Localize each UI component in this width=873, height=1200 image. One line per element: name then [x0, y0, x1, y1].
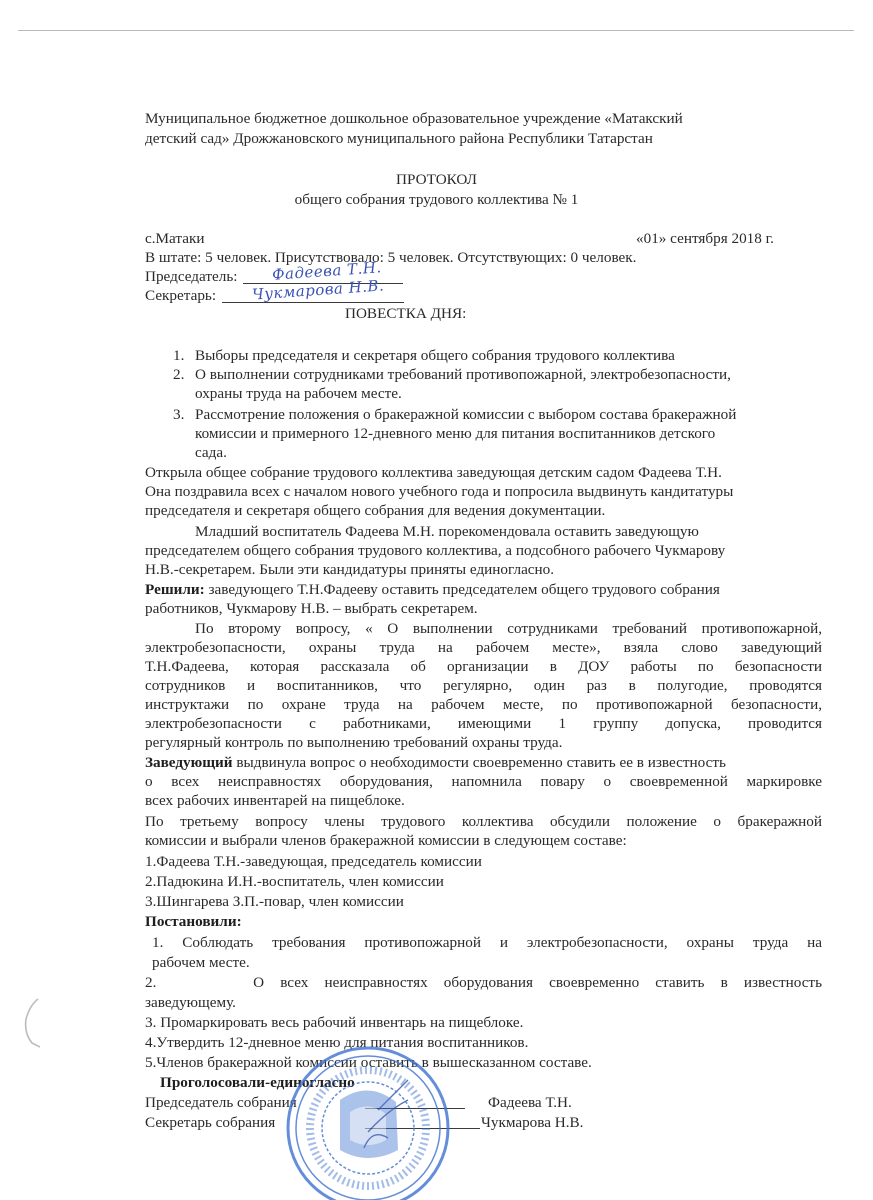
page-edge-line: [18, 30, 854, 31]
paragraph-nomination: Младший воспитатель Фадеева М.Н. пореком…: [195, 522, 699, 541]
agenda-item-2: О выполнении сотрудниками требований про…: [195, 365, 731, 384]
paragraph-opening-cont: председателя и секретаря общего собрания…: [145, 501, 605, 520]
date: «01» сентября 2018 г.: [636, 229, 774, 248]
paragraph-second-question-cont: Т.Н.Фадеева, которая рассказала об орган…: [145, 657, 822, 676]
secretary-handwritten-signature: Чукмарова Н.В.: [252, 276, 385, 303]
resolution-1: 1. Соблюдать требования противопожарной …: [152, 933, 822, 952]
paragraph-second-question-cont: сотрудников и воспитанников, что регуляр…: [145, 676, 822, 695]
agenda-item-num: 2.: [173, 365, 184, 384]
org-name-line1: Муниципальное бюджетное дошкольное образ…: [145, 109, 683, 128]
commission-member: 1.Фадеева Т.Н.-заведующая, председатель …: [145, 852, 482, 871]
head-label: Заведующий: [145, 754, 233, 771]
agenda-item-2-cont: охраны труда на рабочем месте.: [195, 384, 402, 403]
resolutions-heading: Постановили:: [145, 912, 242, 931]
paragraph-head-request-cont: о всех неисправностях оборудования, напо…: [145, 772, 822, 791]
paragraph-second-question-cont: электробезопасности, охраны труда на раб…: [145, 638, 822, 657]
place: с.Матаки: [145, 229, 204, 248]
paragraph-nomination-cont: Н.В.-секретарем. Были эти кандидатуры пр…: [145, 560, 554, 579]
chair-name: Фадеева Т.Н.: [488, 1093, 572, 1112]
attendance: В штате: 5 человек. Присутствовало: 5 че…: [145, 248, 636, 267]
agenda-heading: ПОВЕСТКА ДНЯ:: [345, 304, 466, 323]
paragraph-opening: Открыла общее собрание трудового коллект…: [145, 463, 722, 482]
paragraph-nomination-cont: председателем общего собрания трудового …: [145, 541, 725, 560]
paragraph-second-question-cont: инструктажи по охране труда на рабочем м…: [145, 695, 822, 714]
paragraph-third-question: По третьему вопросу члены трудового колл…: [145, 812, 822, 831]
paragraph-second-question-cont: электробезопасности с работниками, имеющ…: [145, 714, 822, 733]
resolution-1-cont: рабочем месте.: [152, 953, 250, 972]
org-name-line2: детский сад» Дрожжановского муниципально…: [145, 129, 653, 148]
paragraph-opening-cont: Она поздравила всех с началом нового уче…: [145, 482, 733, 501]
secretary-label: Секретарь:: [145, 286, 216, 305]
resolution-2: 2. О всех неисправностях оборудования св…: [145, 973, 822, 992]
doc-subtitle: общего собрания трудового коллектива № 1: [0, 190, 873, 209]
agenda-item-1: Выборы председателя и секретаря общего с…: [195, 346, 675, 365]
paragraph-second-question: По второму вопросу, « О выполнении сотру…: [195, 619, 822, 638]
agenda-item-num: 1.: [173, 346, 184, 365]
paragraph-head-request-cont: всех рабочих инвентарей на пищеблоке.: [145, 791, 405, 810]
decided-label: Решили:: [145, 581, 205, 598]
chair-label: Председатель:: [145, 267, 237, 286]
agenda-item-3-cont: сада.: [195, 443, 227, 462]
official-stamp-icon: [268, 1040, 464, 1200]
paragraph-head-request: Заведующий выдвинула вопрос о необходимо…: [145, 753, 726, 772]
commission-member: 2.Падюкина И.Н.-воспитатель, член комисс…: [145, 872, 444, 891]
paragraph-second-question-cont: регулярный контроль по выполнению требов…: [145, 733, 562, 752]
decision-line: Решили: заведующего Т.Н.Фадееву оставить…: [145, 580, 720, 599]
resolution-3: 3. Промаркировать весь рабочий инвентарь…: [145, 1013, 523, 1032]
agenda-item-3-cont: комиссии и примерного 12-дневного меню д…: [195, 424, 715, 443]
commission-member: 3.Шингарева З.П.-повар, член комиссии: [145, 892, 404, 911]
secretary-name: Чукмарова Н.В.: [481, 1113, 583, 1132]
scan-mark-icon: [12, 995, 52, 1055]
secretary-signature-label: Секретарь собрания: [145, 1113, 275, 1132]
agenda-item-3: Рассмотрение положения о бракеражной ком…: [195, 405, 736, 424]
document-page: Муниципальное бюджетное дошкольное образ…: [0, 0, 873, 1200]
secretary-signature-line: [222, 302, 404, 303]
resolution-2-cont: заведующему.: [145, 993, 236, 1012]
doc-title: ПРОТОКОЛ: [0, 170, 873, 189]
agenda-item-num: 3.: [173, 405, 184, 424]
paragraph-third-question-cont: комиссии и выбрали членов бракеражной ко…: [145, 831, 627, 850]
decision-line-cont: работников, Чукмарову Н.В. – выбрать сек…: [145, 599, 478, 618]
